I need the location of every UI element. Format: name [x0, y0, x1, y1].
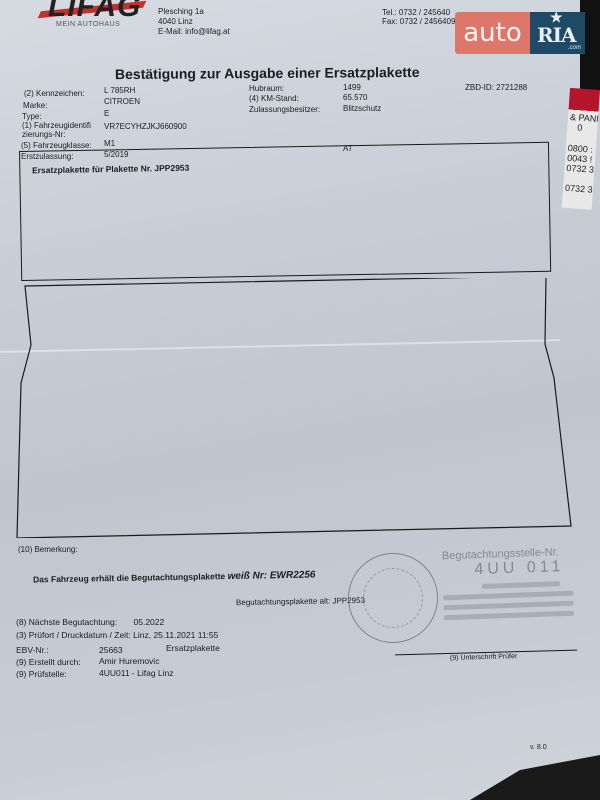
field-kennzeichen-label: (2) Kennzeichen: — [24, 89, 84, 98]
field-vin-value: VR7ECYHZJKJ660900 — [104, 122, 187, 131]
logo-tagline: MEIN AUTOHAUS — [56, 21, 120, 28]
issue-text: Das Fahrzeug erhält die Begutachtungspla… — [33, 571, 225, 584]
ebv-label: EBV-Nr.: — [16, 645, 49, 655]
field-owner-value: Blitzschutz — [343, 104, 381, 113]
ebv-value: 25663 — [99, 645, 123, 655]
issue-sticker: weiß Nr: EWR2256 — [228, 570, 316, 583]
field-km-label: (4) KM-Stand: — [249, 94, 299, 103]
side-card-line: 0 — [577, 123, 583, 133]
next-inspection-label: (8) Nächste Begutachtung: — [16, 617, 117, 627]
company-email: E-Mail: info@lifag.at — [158, 27, 230, 37]
round-stamp — [340, 545, 447, 652]
field-hubraum-value: 1499 — [343, 83, 361, 92]
company-fax: Fax: 0732 / 2456409 — [382, 17, 455, 26]
stamp-blur-line — [482, 581, 560, 589]
zbd-id: ZBD-ID: 2721288 — [465, 83, 527, 92]
replacement-box-top — [19, 142, 551, 281]
company-address: Plesching 1a 4040 Linz E-Mail: info@lifa… — [158, 7, 230, 37]
next-inspection: (8) Nächste Begutachtung: 05.2022 — [16, 617, 164, 627]
stamp-blur-line — [444, 611, 574, 621]
field-km-value: 65.570 — [343, 93, 367, 102]
autoria-watermark: auto ★ RIA .com — [455, 12, 585, 54]
field-class-label: (5) Fahrzeugklasse: — [21, 141, 92, 150]
document-page: LIFAG MEIN AUTOHAUS Plesching 1a 4040 Li… — [0, 0, 600, 800]
field-marke-label: Marke: — [23, 101, 47, 110]
side-card-line: & PANN — [570, 112, 600, 124]
station-value: 4UU011 - Lifag Linz — [99, 668, 174, 678]
company-tel: Tel.: 0732 / 245640 — [382, 8, 455, 17]
company-logo: LIFAG MEIN AUTOHAUS — [38, 0, 148, 30]
company-contact: Tel.: 0732 / 245640 Fax: 0732 / 2456409 — [382, 8, 455, 26]
side-card-line: 0732 3 — [566, 163, 594, 175]
watermark-auto: auto — [455, 12, 530, 54]
document-title: Bestätigung zur Ausgabe einer Ersatzplak… — [115, 64, 420, 82]
replacement-box-bottom — [16, 278, 572, 538]
watermark-ria: ★ RIA .com — [530, 12, 585, 54]
office-stamp: Begutachtungsstelle-Nr. 4UU 011 — [442, 546, 575, 625]
field-hubraum-label: Hubraum: — [249, 84, 284, 93]
ebv-type: Ersatzplakette — [166, 643, 220, 653]
address-line2: 4040 Linz — [158, 17, 230, 27]
watermark-suffix: .com — [568, 45, 581, 51]
form-version: v. 8.0 — [530, 744, 547, 751]
place-date: (3) Prüfort / Druckdatum / Zeit: Linz, 2… — [16, 630, 218, 640]
field-type-value: E — [104, 109, 109, 118]
field-kennzeichen-value: L 785RH — [104, 86, 135, 95]
stamp-blur-line — [444, 601, 574, 611]
created-label: (9) Erstellt durch: — [16, 657, 81, 667]
field-owner-label: Zulassungsbesitzer: — [249, 105, 320, 114]
field-class-value: M1 — [104, 139, 115, 148]
created-value: Amir Huremovic — [99, 656, 159, 666]
next-inspection-value: 05.2022 — [134, 617, 165, 627]
stamp-blur-line — [443, 591, 573, 601]
side-card-line: 0732 3 — [565, 183, 593, 195]
field-type-label: Type: — [22, 112, 42, 121]
field-vin-label: (1) Fahrzeugidentifi zierungs-Nr: — [22, 121, 102, 139]
stamp-inner — [357, 562, 428, 633]
remark-label: (10) Bemerkung: — [18, 545, 78, 554]
old-sticker: Begutachtungsplakette alt: JPP2953 — [236, 596, 365, 607]
signature-label: (9) Unterschrift Prüfer — [450, 653, 517, 662]
watermark-ria-text: RIA — [537, 23, 576, 47]
address-line1: Plesching 1a — [158, 7, 230, 17]
field-marke-value: CITROEN — [104, 97, 140, 106]
issue-statement: Das Fahrzeug erhält die Begutachtungspla… — [33, 570, 316, 586]
station-label: (9) Prüfstelle: — [16, 669, 67, 679]
